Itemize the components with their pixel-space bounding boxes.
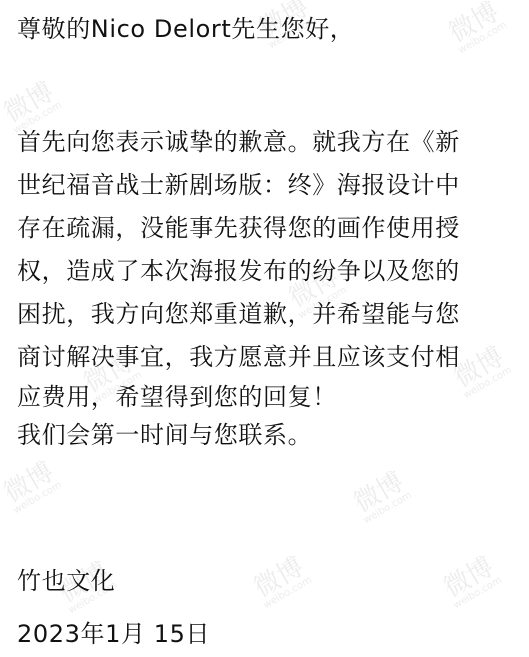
watermark-text: 微博 <box>0 457 59 509</box>
body-line: 首先向您表示诚挚的歉意。就我方在《新 <box>17 125 460 159</box>
watermark-text: 微博 <box>249 552 309 604</box>
watermark-text: 微博 <box>0 77 59 129</box>
watermark-text: 微博 <box>349 467 409 519</box>
weibo-watermark: 微博 weibo.com <box>445 0 510 57</box>
watermark-subtext: weibo.com <box>462 365 515 402</box>
weibo-watermark: 微博 weibo.com <box>0 459 64 517</box>
body-line: 我们会第一时间与您联系。 <box>17 418 312 452</box>
watermark-subtext: weibo.com <box>457 20 510 57</box>
watermark-subtext: weibo.com <box>262 575 315 612</box>
watermark-text: 微博 <box>444 0 504 49</box>
weibo-watermark: 微博 weibo.com <box>350 469 415 527</box>
body-line: 商讨解决事宜，我方愿意并且应该支付相 <box>17 340 460 374</box>
signature: 竹也文化 <box>17 564 115 598</box>
body-line: 权，造成了本次海报发布的纷争以及您的 <box>17 254 460 288</box>
body-line: 应费用，希望得到您的回复！ <box>17 380 337 414</box>
greeting: 尊敬的Nico Delort先生您好， <box>17 12 354 46</box>
letter-date: 2023年1月 15日 <box>17 617 210 651</box>
watermark-text: 微博 <box>439 552 499 604</box>
body-line: 困扰，我方向您郑重道歉，并希望能与您 <box>17 297 460 331</box>
watermark-subtext: weibo.com <box>12 480 65 517</box>
weibo-watermark: 微博 weibo.com <box>250 554 315 612</box>
body-line: 世纪福音战士新剧场版：终》海报设计中 <box>17 168 460 202</box>
watermark-subtext: weibo.com <box>362 490 415 527</box>
body-line: 存在疏漏，没能事先获得您的画作使用授 <box>17 211 460 245</box>
weibo-watermark: 微博 weibo.com <box>440 554 505 612</box>
watermark-subtext: weibo.com <box>452 575 505 612</box>
